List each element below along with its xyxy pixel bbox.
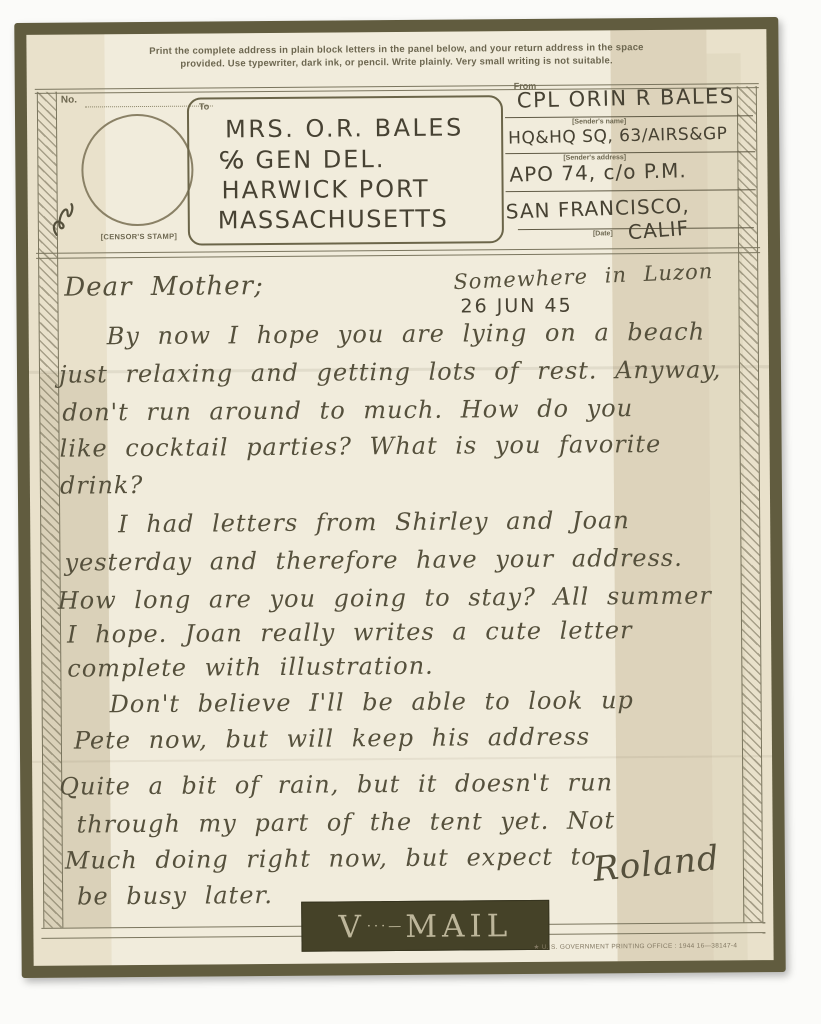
date-caption: [Date] (593, 230, 613, 237)
to-address-line: MASSACHUSETTS (218, 205, 449, 235)
form-instructions: Print the complete address in plain bloc… (96, 41, 696, 72)
to-address-line: MRS. O.R. BALES (225, 113, 464, 143)
body-line: like cocktail parties? What is you favor… (59, 430, 661, 463)
censor-stamp-circle (81, 114, 194, 227)
sender-address-line (505, 151, 755, 154)
form-instructions-line2: provided. Use typewriter, dark ink, or p… (180, 55, 612, 69)
sender-state: CALIF (627, 216, 690, 245)
sender-name: CPL ORIN R BALES (517, 84, 735, 113)
to-address-line: ℅ GEN DEL. (219, 145, 385, 174)
vmail-mail: MAIL (405, 908, 512, 945)
sender-unit: HQ&HQ SQ, 63/AIRS&GP (508, 124, 728, 149)
body-line: be busy later. (77, 881, 273, 911)
body-line: drink? (60, 471, 144, 500)
right-hatched-border (737, 86, 764, 922)
body-line: just relaxing and getting lots of rest. … (59, 355, 722, 388)
vmail-v: V (338, 909, 366, 945)
letter-paper: Print the complete address in plain bloc… (26, 29, 773, 966)
sender-apo: APO 74, c/o P.M. (509, 158, 687, 186)
signature: Roland (591, 838, 721, 890)
body-line: through my part of the tent yet. Not (76, 806, 615, 838)
vmail-logo-plate: V···—MAIL (301, 900, 549, 952)
body-line: Much doing right now, but expect to (65, 842, 597, 874)
horizontal-crease (32, 755, 772, 763)
body-line: I had letters from Shirley and Joan (118, 506, 630, 538)
body-line: Quite a bit of rain, but it doesn't run (59, 768, 613, 800)
body-line: yesterday and therefore have your addres… (64, 544, 683, 577)
to-label: To (199, 101, 209, 111)
printing-office-imprint: ★ U. S. GOVERNMENT PRINTING OFFICE : 194… (534, 941, 738, 951)
body-line: How long are you going to stay? All summ… (58, 582, 712, 615)
body-line: By now I hope you are lying on a beach (107, 318, 706, 351)
sender-name-caption: [Sender's name] (572, 118, 626, 125)
dateline-place: Somewhere in Luzon (453, 259, 714, 294)
dateline-date: 26 JUN 45 (460, 295, 572, 318)
no-field-label: No. (61, 95, 77, 106)
body-line: complete with illustration. (67, 652, 434, 683)
body-line: don't run around to much. How do you (62, 394, 633, 426)
salutation: Dear Mother; (64, 271, 264, 303)
body-line: I hope. Joan really writes a cute letter (67, 616, 633, 648)
vmail-letter-scan: Print the complete address in plain bloc… (14, 17, 785, 978)
vmail-morse-code: ···— (367, 919, 405, 934)
body-line: Pete now, but will keep his address (74, 723, 590, 755)
body-line: Don't believe I'll be able to look up (110, 686, 634, 718)
to-address-line: HARWICK PORT (221, 175, 429, 205)
sender-apo-line (506, 189, 756, 192)
sender-name-line (505, 115, 753, 118)
censor-stamp-caption: [CENSOR'S STAMP] (76, 232, 202, 242)
